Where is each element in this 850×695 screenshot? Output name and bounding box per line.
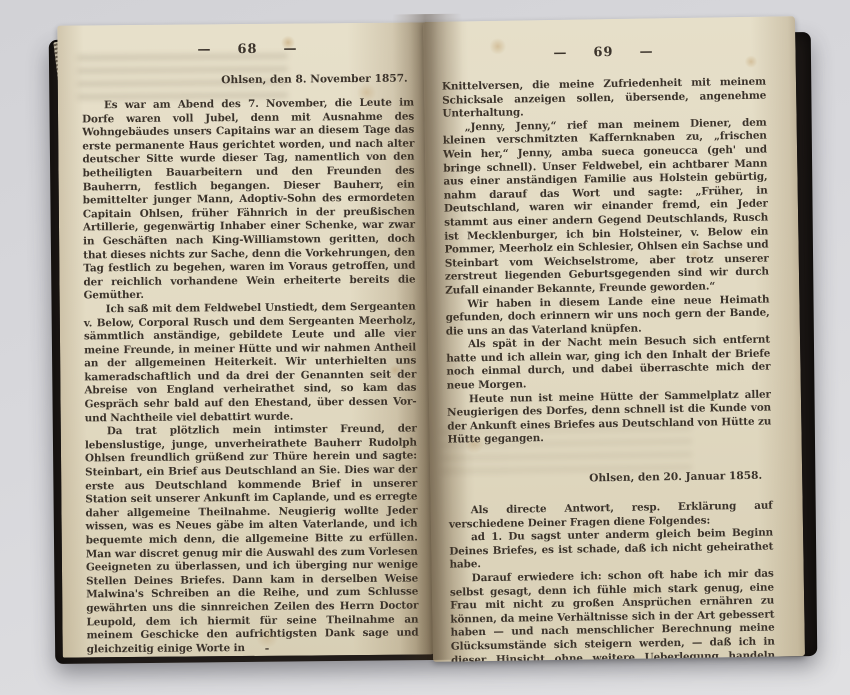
dateline-left: Ohlsen, den 8. November 1857. — [82, 73, 408, 88]
left-page: — 68 — Ohlsen, den 8. November 1857. Es … — [57, 22, 435, 657]
header-dash: — — [553, 45, 567, 60]
paragraph: Knittelversen, die meine Zufriedenheit m… — [442, 76, 767, 122]
paragraph: Da trat plötzlich mein intimster Freund,… — [85, 423, 419, 657]
paragraph: Heute nun ist meine Hütte der Sammelplat… — [447, 388, 772, 447]
header-dash: — — [283, 41, 297, 56]
signature-mark: - — [265, 642, 270, 655]
paragraph: „Jenny, Jenny,“ rief man meinem Diener, … — [443, 116, 770, 298]
page-number-left: 68 — [237, 41, 257, 56]
paragraph: ad 1. Du sagst unter anderm gleich beim … — [449, 527, 774, 573]
paragraph: Darauf erwiedere ich: schon oft habe ich… — [450, 568, 776, 662]
paragraph: Als spät in der Nacht mein Besuch sich e… — [446, 334, 771, 393]
page-number-right: 69 — [593, 44, 613, 59]
paragraph: Es war am Abend des 7. November, die Leu… — [82, 97, 416, 304]
page-header-right: — 69 — — [441, 41, 765, 64]
right-page: — 69 — Knittelversen, die meine Zufriede… — [423, 16, 805, 662]
header-dash: — — [197, 42, 211, 57]
paragraph: Wir haben in diesem Lande eine neue Heim… — [445, 293, 770, 339]
header-dash: — — [639, 44, 653, 59]
page-header-left: — 68 — — [81, 39, 413, 60]
paragraph: Ich saß mit dem Feldwebel Unstiedt, dem … — [84, 300, 417, 425]
